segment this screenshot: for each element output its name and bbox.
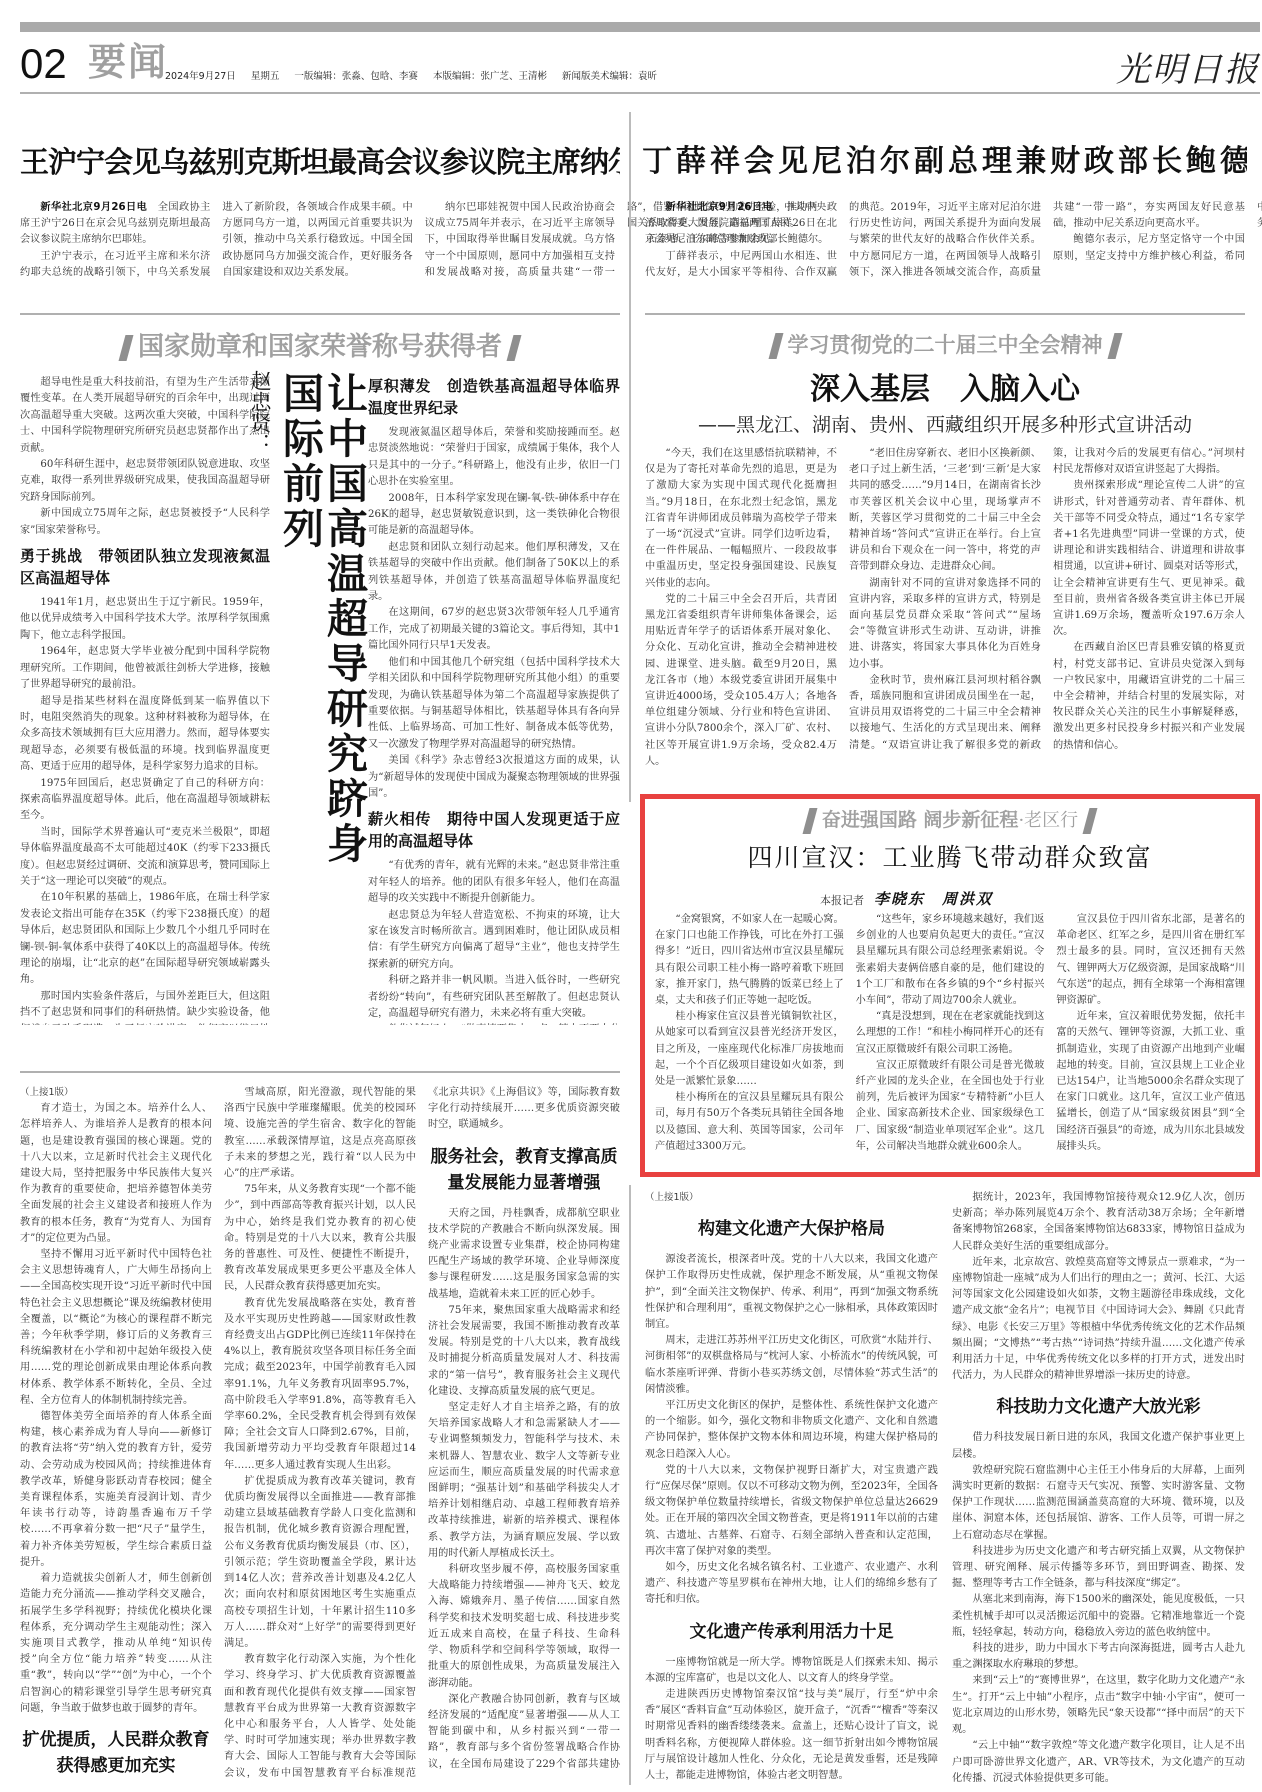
column-divider	[629, 112, 631, 802]
plenum-subheadline: ——黑龙江、湖南、贵州、西藏组织开展多种形式宣讲活动	[645, 412, 1245, 438]
subhead-protection-pattern: 构建文化遗产大保护格局	[645, 1216, 938, 1242]
masthead-meta: 2024年9月27日 星期五 一版编辑：张淼、包晗、李赛 本版编辑：张广芝、王清…	[165, 68, 669, 82]
plenum-body: “今天，我们在这里感悟抗联精神，不仅是为了寄托对革命先烈的追思，更是为了激励大家…	[645, 446, 1245, 786]
banner-slash-icon	[119, 335, 134, 361]
dateline: 新华社北京9月26日电	[40, 202, 147, 213]
banner-national-honors: 国家勋章和国家荣誉称号获得者	[20, 330, 620, 364]
feature-zhao-right-column: 厚积薄发 创造铁基高温超导体临界温度世界纪录 发现液氮温区超导体后，荣誉和奖励接…	[368, 375, 620, 1025]
issue-date: 2024年9月27日	[165, 71, 236, 82]
feature-zhao-left-column: 超导电性是重大科技前沿，有望为生产生活带来颠覆性变革。在人类开展超导研究的百余年…	[20, 375, 270, 1025]
article-body-dingxuexiang: 新华社北京9月26日电 中共中央政治局常委、国务院副总理丁薛祥26日在北京会见尼…	[645, 200, 1245, 295]
masthead-top-bar	[20, 22, 1260, 32]
subhead-tech-heritage: 科技助力文化遗产大放光彩	[952, 1394, 1245, 1420]
front-page-editors: 一版编辑：张淼、包晗、李赛	[294, 71, 418, 82]
byline: 本报记者李晓东 周洪双	[820, 888, 993, 909]
subhead-expand-quality: 扩优提质，人民群众教育获得感更加充实	[20, 1727, 212, 1779]
banner-slash-icon	[507, 335, 522, 361]
article-headline-dingxuexiang: 丁薛祥会见尼泊尔副总理兼财政部长鲍德尔	[642, 140, 1247, 184]
banner-plenum: 学习贯彻党的二十届三中全会精神	[645, 330, 1245, 360]
page-number: 02	[20, 40, 67, 88]
masthead: 02 要闻 2024年9月27日 星期五 一版编辑：张淼、包晗、李赛 本版编辑：…	[20, 38, 1260, 93]
article-headline-wanghuning: 王沪宁会见乌兹别克斯坦最高会议参议院主席纳尔巴耶娃	[20, 140, 620, 184]
section-divider	[20, 1071, 620, 1073]
continued-label: （上接1版）	[645, 1190, 938, 1206]
banner-slash-icon	[802, 808, 817, 834]
article-body-wanghuning: 新华社北京9月26日电 全国政协主席王沪宁26日在京会见乌兹别克斯坦最高会议参议…	[20, 200, 615, 295]
page-editors: 本版编辑：张广芝、王清彬	[433, 71, 547, 82]
feature-vertical-title: 让中国高温超导研究跻身国际前列	[278, 372, 366, 902]
heritage-body: （上接1版） 构建文化遗产大保护格局 源浚者流长，根深者叶茂。党的十八大以来，我…	[645, 1190, 1245, 1790]
banner-slash-icon	[768, 333, 783, 359]
banner-slash-icon	[1107, 333, 1122, 359]
subhead-iron-based: 厚积薄发 创造铁基高温超导体临界温度世界纪录	[368, 375, 620, 419]
subhead-inheritance-vitality: 文化遗产传承利用活力十足	[645, 1619, 938, 1645]
subhead-passing-torch: 薪火相传 期待中国人发现更适于应用的高温超导体	[368, 808, 620, 852]
plenum-headline: 深入基层 入脑入心	[645, 370, 1245, 410]
column-divider	[629, 1185, 631, 1785]
continued-label: （上接1版）	[20, 1085, 212, 1101]
art-editor: 新闻版美术编辑：袁昕	[562, 71, 657, 82]
newspaper-logo: 光明日报	[1116, 42, 1260, 91]
education-body: （上接1版） 育才造士，为国之本。培养什么人、怎样培养人、为谁培养人是教育的根本…	[20, 1085, 620, 1790]
masthead-divider	[20, 92, 1260, 94]
section-name: 要闻	[88, 38, 168, 86]
weekday: 星期五	[251, 71, 280, 82]
banner-slash-icon	[1083, 808, 1098, 834]
section-divider	[20, 313, 620, 315]
xuanhan-body: “金窝银窝，不如家人在一起暖心窝。在家门口也能工作挣钱，可比在外打工强得多！”近…	[655, 912, 1245, 1162]
subhead-serve-society: 服务社会，教育支撑高质量发展能力显著增强	[428, 1144, 620, 1196]
banner-old-revolutionary-area: 奋进强国路 阔步新征程·老区行	[650, 806, 1250, 835]
subhead-challenge: 勇于挑战 带领团队独立发现液氮温区高温超导体	[20, 545, 270, 589]
section-divider	[645, 313, 1245, 315]
xuanhan-headline: 四川宣汉：工业腾飞带动群众致富	[650, 840, 1250, 876]
